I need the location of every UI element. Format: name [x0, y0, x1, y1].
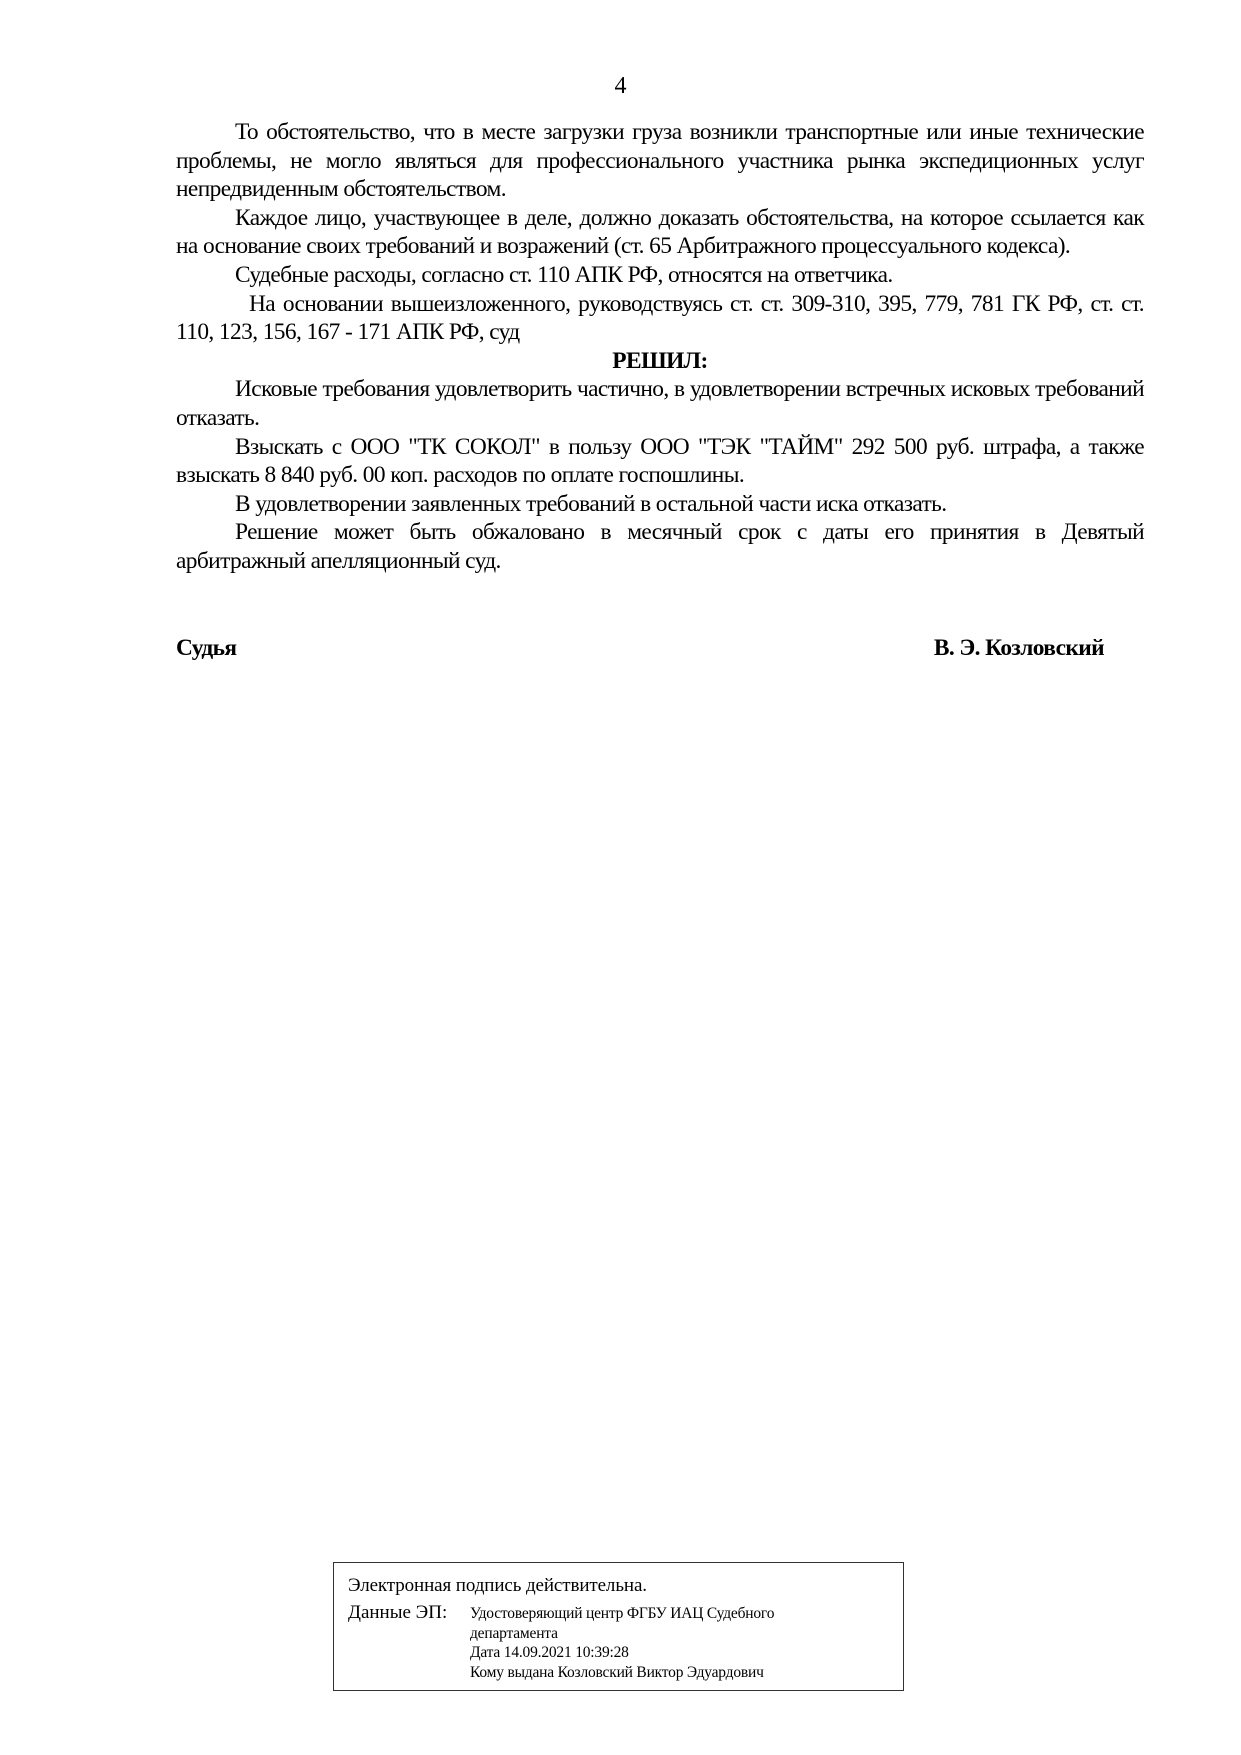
decision-heading: РЕШИЛ: — [176, 347, 1144, 376]
document-body: То обстоятельство, что в месте загрузки … — [176, 118, 1144, 576]
decision-paragraph-recovery: Взыскать с ООО "ТК СОКОЛ" в пользу ООО "… — [176, 433, 1144, 490]
decision-paragraph-partial-satisfaction: Исковые требования удовлетворить частичн… — [176, 375, 1144, 432]
judge-title: Судья — [176, 635, 236, 662]
paragraph-burden-of-proof: Каждое лицо, участвующее в деле, должно … — [176, 204, 1144, 261]
paragraph-court-costs: Судебные расходы, согласно ст. 110 АПК Р… — [176, 261, 1144, 290]
decision-paragraph-rest-denied: В удовлетворении заявленных требований в… — [176, 490, 1144, 519]
signature-issuer-line2: департамента — [470, 1624, 774, 1644]
signature-status: Электронная подпись действительна. — [348, 1575, 647, 1597]
signature-issuer-line1: Удостоверяющий центр ФГБУ ИАЦ Судебного — [470, 1604, 774, 1624]
judge-name: В. Э. Козловский — [934, 635, 1104, 662]
signature-row: Судья В. Э. Козловский — [176, 635, 1104, 662]
signature-issued-to: Кому выдана Козловский Виктор Эдуардович — [470, 1663, 774, 1683]
signature-date: Дата 14.09.2021 10:39:28 — [470, 1643, 774, 1663]
electronic-signature-stamp: Электронная подпись действительна. Данны… — [333, 1562, 904, 1691]
signature-data-label: Данные ЭП: — [348, 1602, 447, 1624]
signature-details: Удостоверяющий центр ФГБУ ИАЦ Судебного … — [470, 1604, 774, 1682]
paragraph-legal-basis: На основании вышеизложенного, руководств… — [176, 290, 1144, 347]
paragraph-circumstances: То обстоятельство, что в месте загрузки … — [176, 118, 1144, 204]
page-number: 4 — [0, 72, 1241, 100]
decision-paragraph-appeal: Решение может быть обжаловано в месячный… — [176, 518, 1144, 575]
